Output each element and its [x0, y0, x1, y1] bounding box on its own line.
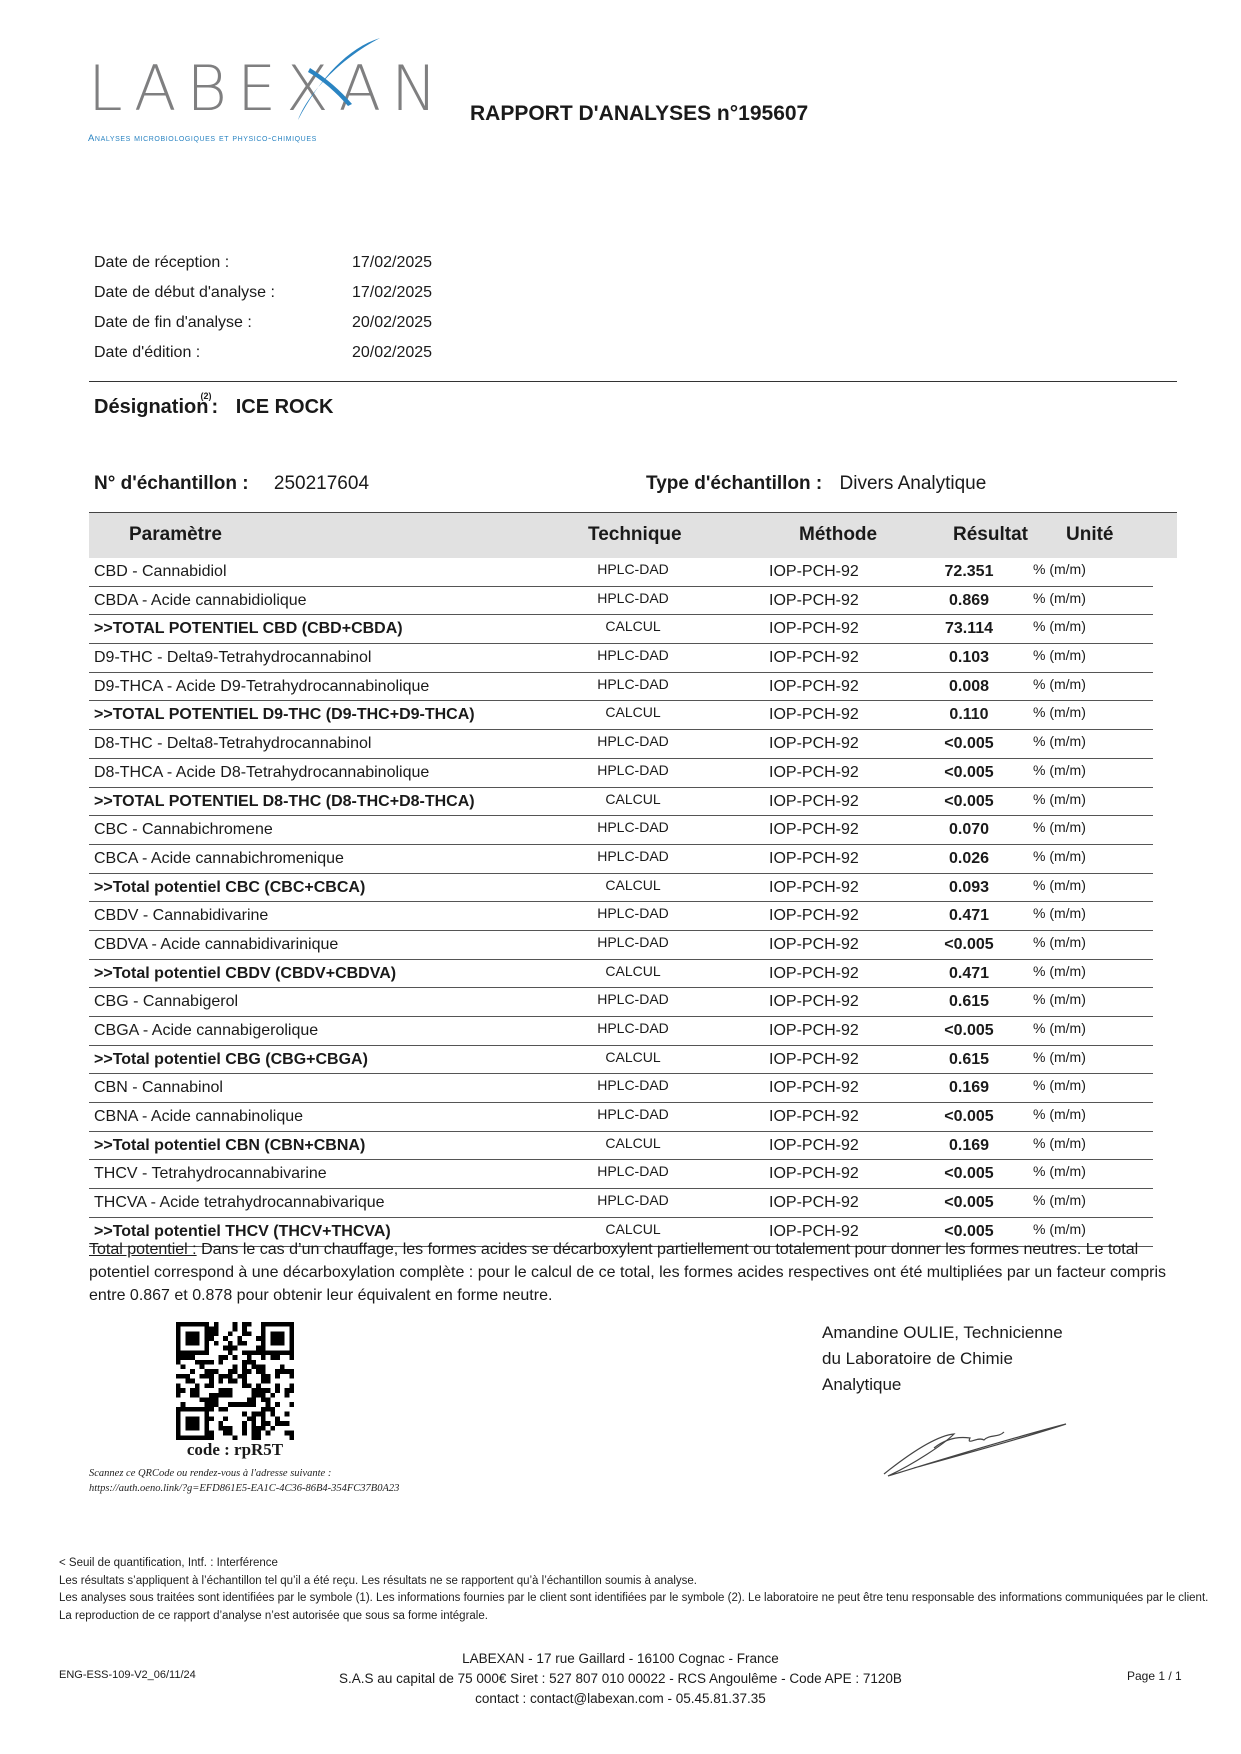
unit-cell: % (m/m) [1033, 733, 1086, 749]
result-cell: 0.093 [929, 879, 1009, 897]
technique-cell: HPLC-DAD [573, 733, 693, 749]
disclaimer: < Seuil de quantification, Intf. : Inter… [59, 1555, 1219, 1625]
table-row: CBGA - Acide cannabigeroliqueHPLC-DADIOP… [89, 1017, 1153, 1046]
method-cell: IOP-PCH-92 [769, 1137, 859, 1155]
date-label: Date de réception : [94, 254, 352, 284]
dates-block: Date de réception : 17/02/2025 Date de d… [94, 254, 432, 374]
labexan-logo: LABEXAN Analyses microbiologiques et phy… [88, 34, 388, 144]
parameter-cell: THCVA - Acide tetrahydrocannabivarique [94, 1194, 385, 1212]
unit-cell: % (m/m) [1033, 791, 1086, 807]
method-cell: IOP-PCH-92 [769, 1108, 859, 1126]
unit-cell: % (m/m) [1033, 590, 1086, 606]
result-cell: 0.026 [929, 850, 1009, 868]
unit-cell: % (m/m) [1033, 704, 1086, 720]
method-cell: IOP-PCH-92 [769, 993, 859, 1011]
technique-cell: CALCUL [573, 704, 693, 720]
method-cell: IOP-PCH-92 [769, 907, 859, 925]
disclaimer-line: Les résultats s’appliquent à l’échantill… [59, 1573, 1219, 1591]
result-cell: <0.005 [929, 1022, 1009, 1040]
result-cell: <0.005 [929, 1165, 1009, 1183]
parameter-cell: CBDVA - Acide cannabidivarinique [94, 936, 338, 954]
unit-cell: % (m/m) [1033, 934, 1086, 950]
unit-cell: % (m/m) [1033, 963, 1086, 979]
table-row: CBDA - Acide cannabidioliqueHPLC-DADIOP-… [89, 587, 1153, 616]
method-cell: IOP-PCH-92 [769, 1194, 859, 1212]
method-cell: IOP-PCH-92 [769, 592, 859, 610]
technique-cell: HPLC-DAD [573, 1192, 693, 1208]
results-table: Paramètre Technique Méthode Résultat Uni… [89, 512, 1177, 1247]
technique-cell: HPLC-DAD [573, 1077, 693, 1093]
parameter-cell: D9-THC - Delta9-Tetrahydrocannabinol [94, 649, 371, 667]
parameter-cell: >>TOTAL POTENTIEL D9-THC (D9-THC+D9-THCA… [94, 706, 475, 724]
sample-number-value: 250217604 [274, 473, 369, 494]
parameter-cell: CBCA - Acide cannabichromenique [94, 850, 344, 868]
report-title: RAPPORT D'ANALYSES n°195607 [470, 102, 808, 126]
unit-cell: % (m/m) [1033, 1163, 1086, 1179]
technique-cell: CALCUL [573, 1221, 693, 1237]
date-label: Date d'édition : [94, 344, 352, 374]
divider [89, 381, 1177, 382]
result-cell: 0.169 [929, 1137, 1009, 1155]
table-row: THCV - TetrahydrocannabivarineHPLC-DADIO… [89, 1160, 1153, 1189]
technique-cell: CALCUL [573, 963, 693, 979]
result-cell: 0.008 [929, 678, 1009, 696]
unit-cell: % (m/m) [1033, 1049, 1086, 1065]
signatory: Amandine OULIE, Technicienne du Laborato… [822, 1320, 1063, 1398]
result-cell: <0.005 [929, 735, 1009, 753]
method-cell: IOP-PCH-92 [769, 706, 859, 724]
table-row-total: >>Total potentiel CBN (CBN+CBNA)CALCULIO… [89, 1132, 1153, 1161]
parameter-cell: D9-THCA - Acide D9-Tetrahydrocannabinoli… [94, 678, 429, 696]
designation-label: Désignation [94, 396, 208, 418]
table-row: CBC - CannabichromeneHPLC-DADIOP-PCH-920… [89, 816, 1153, 845]
method-cell: IOP-PCH-92 [769, 1022, 859, 1040]
parameter-cell: CBDA - Acide cannabidiolique [94, 592, 307, 610]
note-text: Dans le cas d’un chauffage, les formes a… [89, 1241, 1166, 1304]
method-cell: IOP-PCH-92 [769, 1051, 859, 1069]
unit-cell: % (m/m) [1033, 1135, 1086, 1151]
unit-cell: % (m/m) [1033, 561, 1086, 577]
sample-number-label: N° d'échantillon : [94, 473, 249, 494]
header-resultat: Résultat [953, 524, 1028, 546]
parameter-cell: CBGA - Acide cannabigerolique [94, 1022, 318, 1040]
technique-cell: HPLC-DAD [573, 819, 693, 835]
signatory-line: du Laboratoire de Chimie [822, 1346, 1063, 1372]
unit-cell: % (m/m) [1033, 848, 1086, 864]
technique-cell: HPLC-DAD [573, 561, 693, 577]
result-cell: <0.005 [929, 936, 1009, 954]
unit-cell: % (m/m) [1033, 819, 1086, 835]
page-number: Page 1 / 1 [1127, 1669, 1182, 1683]
table-header: Paramètre Technique Méthode Résultat Uni… [89, 512, 1177, 558]
result-cell: 0.615 [929, 993, 1009, 1011]
method-cell: IOP-PCH-92 [769, 1165, 859, 1183]
method-cell: IOP-PCH-92 [769, 649, 859, 667]
company-footer: LABEXAN - 17 rue Gaillard - 16100 Cognac… [0, 1649, 1241, 1709]
table-row-total: >>TOTAL POTENTIEL D9-THC (D9-THC+D9-THCA… [89, 701, 1153, 730]
unit-cell: % (m/m) [1033, 905, 1086, 921]
method-cell: IOP-PCH-92 [769, 965, 859, 983]
unit-cell: % (m/m) [1033, 1221, 1086, 1237]
header-methode: Méthode [799, 524, 877, 546]
table-body: CBD - CannabidiolHPLC-DADIOP-PCH-9272.35… [89, 558, 1177, 1247]
result-cell: <0.005 [929, 1194, 1009, 1212]
logo-tagline: Analyses microbiologiques et physico-chi… [88, 133, 317, 144]
header-technique: Technique [588, 524, 682, 546]
result-cell: 73.114 [929, 620, 1009, 638]
result-cell: 0.070 [929, 821, 1009, 839]
parameter-cell: CBC - Cannabichromene [94, 821, 273, 839]
table-row-total: >>TOTAL POTENTIEL D8-THC (D8-THC+D8-THCA… [89, 788, 1153, 817]
technique-cell: HPLC-DAD [573, 676, 693, 692]
date-value: 20/02/2025 [352, 344, 432, 374]
date-value: 17/02/2025 [352, 254, 432, 284]
unit-cell: % (m/m) [1033, 1106, 1086, 1122]
result-cell: 0.869 [929, 592, 1009, 610]
table-row: CBDV - CannabidivarineHPLC-DADIOP-PCH-92… [89, 902, 1153, 931]
parameter-cell: >>TOTAL POTENTIEL CBD (CBD+CBDA) [94, 620, 403, 638]
method-cell: IOP-PCH-92 [769, 563, 859, 581]
method-cell: IOP-PCH-92 [769, 764, 859, 782]
logo-swoosh-icon [268, 34, 388, 124]
method-cell: IOP-PCH-92 [769, 850, 859, 868]
date-row: Date d'édition : 20/02/2025 [94, 344, 432, 374]
unit-cell: % (m/m) [1033, 1192, 1086, 1208]
technique-cell: HPLC-DAD [573, 590, 693, 606]
parameter-cell: >>Total potentiel CBC (CBC+CBCA) [94, 879, 365, 897]
designation-footnote: (2) [200, 391, 211, 401]
table-row-total: >>Total potentiel CBDV (CBDV+CBDVA)CALCU… [89, 960, 1153, 989]
table-row-total: >>TOTAL POTENTIEL CBD (CBD+CBDA)CALCULIO… [89, 615, 1153, 644]
result-cell: <0.005 [929, 1108, 1009, 1126]
table-row: CBD - CannabidiolHPLC-DADIOP-PCH-9272.35… [89, 558, 1153, 587]
parameter-cell: CBG - Cannabigerol [94, 993, 238, 1011]
date-row: Date de fin d'analyse : 20/02/2025 [94, 314, 432, 344]
date-row: Date de début d'analyse : 17/02/2025 [94, 284, 432, 314]
technique-cell: HPLC-DAD [573, 848, 693, 864]
unit-cell: % (m/m) [1033, 676, 1086, 692]
parameter-cell: >>Total potentiel CBN (CBN+CBNA) [94, 1137, 365, 1155]
date-row: Date de réception : 17/02/2025 [94, 254, 432, 284]
date-label: Date de fin d'analyse : [94, 314, 352, 344]
parameter-cell: CBDV - Cannabidivarine [94, 907, 268, 925]
qr-caption: Scannez ce QRCode ou rendez-vous à l'adr… [89, 1466, 399, 1496]
result-cell: 0.471 [929, 965, 1009, 983]
table-row: CBCA - Acide cannabichromeniqueHPLC-DADI… [89, 845, 1153, 874]
table-row: D9-THCA - Acide D9-Tetrahydrocannabinoli… [89, 673, 1153, 702]
header-unite: Unité [1066, 524, 1114, 546]
technique-cell: HPLC-DAD [573, 1020, 693, 1036]
method-cell: IOP-PCH-92 [769, 1079, 859, 1097]
qr-caption-instruction: Scannez ce QRCode ou rendez-vous à l'adr… [89, 1466, 399, 1481]
designation-colon: : [211, 396, 218, 418]
method-cell: IOP-PCH-92 [769, 793, 859, 811]
footer-address: LABEXAN - 17 rue Gaillard - 16100 Cognac… [0, 1649, 1241, 1669]
unit-cell: % (m/m) [1033, 877, 1086, 893]
technique-cell: CALCUL [573, 791, 693, 807]
sample-number: N° d'échantillon : 250217604 [94, 473, 369, 495]
footer-contact: contact : contact@labexan.com - 05.45.81… [0, 1689, 1241, 1709]
table-row: D8-THCA - Acide D8-Tetrahydrocannabinoli… [89, 759, 1153, 788]
unit-cell: % (m/m) [1033, 647, 1086, 663]
header-parametre: Paramètre [129, 524, 222, 546]
qr-caption-link[interactable]: https://auth.oeno.link/?g=EFD861E5-EA1C-… [89, 1481, 399, 1496]
parameter-cell: >>Total potentiel CBG (CBG+CBGA) [94, 1051, 368, 1069]
parameter-cell: D8-THC - Delta8-Tetrahydrocannabinol [94, 735, 371, 753]
parameter-cell: >>Total potentiel CBDV (CBDV+CBDVA) [94, 965, 396, 983]
unit-cell: % (m/m) [1033, 762, 1086, 778]
signatory-line: Analytique [822, 1372, 1063, 1398]
table-row: CBN - CannabinolHPLC-DADIOP-PCH-920.169%… [89, 1074, 1153, 1103]
method-cell: IOP-PCH-92 [769, 936, 859, 954]
technique-cell: HPLC-DAD [573, 1163, 693, 1179]
footer-company: S.A.S au capital de 75 000€ Siret : 527 … [0, 1669, 1241, 1689]
unit-cell: % (m/m) [1033, 618, 1086, 634]
technique-cell: HPLC-DAD [573, 762, 693, 778]
technique-cell: HPLC-DAD [573, 647, 693, 663]
note-label: Total potentiel : [89, 1241, 197, 1258]
table-row-total: >>Total potentiel CBG (CBG+CBGA)CALCULIO… [89, 1046, 1153, 1075]
method-cell: IOP-PCH-92 [769, 879, 859, 897]
table-row: D8-THC - Delta8-TetrahydrocannabinolHPLC… [89, 730, 1153, 759]
sample-type: Type d'échantillon : Divers Analytique [646, 473, 986, 495]
method-cell: IOP-PCH-92 [769, 678, 859, 696]
method-cell: IOP-PCH-92 [769, 620, 859, 638]
technique-cell: CALCUL [573, 1135, 693, 1151]
result-cell: 72.351 [929, 563, 1009, 581]
result-cell: 0.110 [929, 706, 1009, 724]
date-value: 17/02/2025 [352, 284, 432, 314]
result-cell: 0.103 [929, 649, 1009, 667]
disclaimer-line: < Seuil de quantification, Intf. : Inter… [59, 1555, 1219, 1573]
method-cell: IOP-PCH-92 [769, 735, 859, 753]
technique-cell: CALCUL [573, 618, 693, 634]
technique-cell: CALCUL [573, 1049, 693, 1065]
date-label: Date de début d'analyse : [94, 284, 352, 314]
result-cell: 0.169 [929, 1079, 1009, 1097]
parameter-cell: CBD - Cannabidiol [94, 563, 227, 581]
table-row: CBG - CannabigerolHPLC-DADIOP-PCH-920.61… [89, 988, 1153, 1017]
result-cell: 0.615 [929, 1051, 1009, 1069]
result-cell: <0.005 [929, 764, 1009, 782]
unit-cell: % (m/m) [1033, 991, 1086, 1007]
result-cell: <0.005 [929, 793, 1009, 811]
qr-code-label: code : rpR5T [176, 1440, 294, 1460]
table-row: D9-THC - Delta9-TetrahydrocannabinolHPLC… [89, 644, 1153, 673]
sample-type-value: Divers Analytique [840, 473, 987, 494]
total-potentiel-note: Total potentiel : Dans le cas d’un chauf… [89, 1238, 1189, 1307]
method-cell: IOP-PCH-92 [769, 821, 859, 839]
sample-type-label: Type d'échantillon : [646, 473, 822, 494]
parameter-cell: CBN - Cannabinol [94, 1079, 223, 1097]
table-row: THCVA - Acide tetrahydrocannabivariqueHP… [89, 1189, 1153, 1218]
technique-cell: HPLC-DAD [573, 905, 693, 921]
qr-code[interactable] [176, 1322, 294, 1440]
signatory-line: Amandine OULIE, Technicienne [822, 1320, 1063, 1346]
table-row: CBNA - Acide cannabinoliqueHPLC-DADIOP-P… [89, 1103, 1153, 1132]
table-row: CBDVA - Acide cannabidivariniqueHPLC-DAD… [89, 931, 1153, 960]
signature-icon [874, 1418, 1074, 1482]
parameter-cell: D8-THCA - Acide D8-Tetrahydrocannabinoli… [94, 764, 429, 782]
unit-cell: % (m/m) [1033, 1077, 1086, 1093]
disclaimer-line: Les analyses sous traitées sont identifi… [59, 1590, 1219, 1608]
technique-cell: HPLC-DAD [573, 1106, 693, 1122]
result-cell: 0.471 [929, 907, 1009, 925]
parameter-cell: >>TOTAL POTENTIEL D8-THC (D8-THC+D8-THCA… [94, 793, 475, 811]
parameter-cell: CBNA - Acide cannabinolique [94, 1108, 303, 1126]
unit-cell: % (m/m) [1033, 1020, 1086, 1036]
designation: Désignation(2): ICE ROCK [94, 396, 333, 419]
designation-value: ICE ROCK [236, 396, 334, 418]
disclaimer-line: La reproduction de ce rapport d’analyse … [59, 1608, 1219, 1626]
table-row-total: >>Total potentiel CBC (CBC+CBCA)CALCULIO… [89, 874, 1153, 903]
technique-cell: CALCUL [573, 877, 693, 893]
parameter-cell: THCV - Tetrahydrocannabivarine [94, 1165, 327, 1183]
technique-cell: HPLC-DAD [573, 934, 693, 950]
technique-cell: HPLC-DAD [573, 991, 693, 1007]
date-value: 20/02/2025 [352, 314, 432, 344]
